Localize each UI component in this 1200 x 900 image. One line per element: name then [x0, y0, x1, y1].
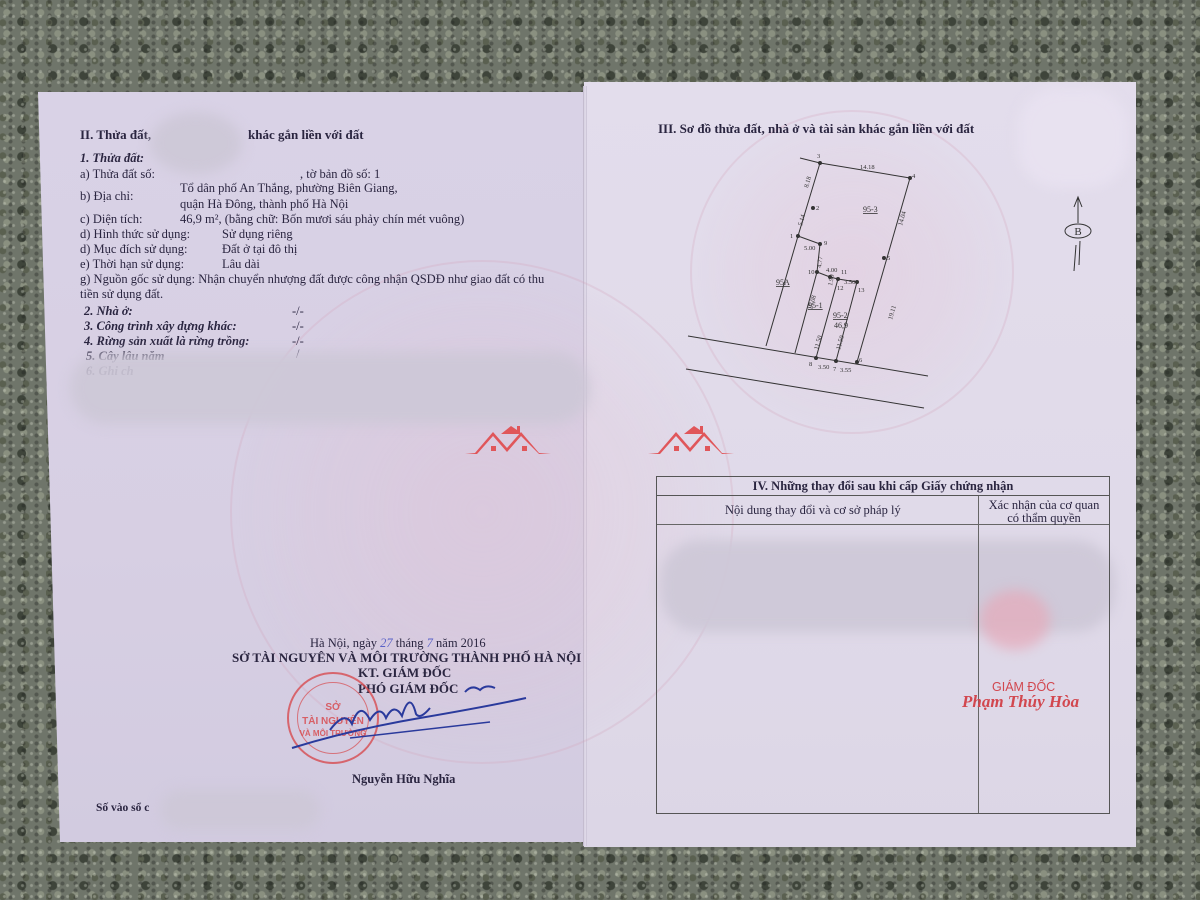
field-label-use-purpose: d) Mục đích sử dụng: — [80, 243, 187, 256]
svg-text:9: 9 — [824, 240, 827, 247]
svg-text:95-3: 95-3 — [863, 205, 878, 214]
svg-text:14.18: 14.18 — [860, 164, 875, 171]
field-value-area: 46,9 m², (bằng chữ: Bốn mươi sáu phảy ch… — [180, 213, 464, 226]
section-title-ii: II. Thửa đất, — [80, 128, 151, 141]
svg-text:95A: 95A — [776, 278, 790, 287]
svg-text:4.00: 4.00 — [826, 267, 837, 274]
svg-text:3.50: 3.50 — [818, 364, 829, 371]
date-month-label: tháng — [396, 636, 424, 650]
item-forest-label: 4. Rừng sản xuất là rừng trồng: — [84, 335, 249, 348]
field-value-use-purpose: Đất ở tại đô thị — [222, 243, 297, 256]
svg-text:1: 1 — [790, 233, 793, 240]
house-roof-logo-icon — [465, 424, 551, 456]
item-house-value: -/- — [292, 305, 304, 318]
svg-text:14.04: 14.04 — [897, 210, 908, 227]
table-header-change-content: Nội dung thay đổi và cơ sở pháp lý — [725, 504, 901, 517]
date-month: 7 — [427, 636, 433, 650]
stamp-signature-name: Phạm Thúy Hòa — [962, 692, 1079, 712]
svg-text:3.50: 3.50 — [844, 279, 855, 286]
svg-text:8: 8 — [809, 361, 812, 368]
svg-text:95-1: 95-1 — [808, 301, 823, 310]
origin-line-1: g) Nguồn gốc sử dụng: Nhận chuyển nhượng… — [80, 273, 544, 286]
house-roof-logo-icon — [648, 424, 734, 456]
item-other-construction-value: -/- — [292, 320, 304, 333]
field-value-map-sheet: , tờ bản đồ số: 1 — [300, 168, 380, 181]
svg-text:11: 11 — [841, 269, 847, 276]
field-label-address: b) Địa chỉ: — [80, 190, 133, 203]
field-value-address-1: Tổ dân phố An Thắng, phường Biên Giang, — [180, 182, 398, 195]
redaction-blur — [70, 352, 590, 424]
svg-text:7: 7 — [833, 366, 837, 373]
sign-title-kt: KT. GIÁM ĐỐC — [358, 666, 451, 679]
item-other-construction-label: 3. Công trình xây dựng khác: — [84, 320, 237, 333]
north-arrow-icon: B — [1064, 195, 1092, 275]
field-label-use-term: e) Thời hạn sử dụng: — [80, 258, 184, 271]
field-label-use-form: d) Hình thức sử dụng: — [80, 228, 190, 241]
svg-text:10: 10 — [808, 269, 815, 276]
svg-text:11.50: 11.50 — [813, 335, 824, 351]
svg-text:95-2: 95-2 — [833, 311, 848, 320]
redaction-blur — [150, 112, 242, 174]
svg-text:1.90: 1.90 — [827, 274, 836, 286]
svg-text:4: 4 — [912, 173, 916, 180]
subsection-land-plot: 1. Thửa đất: — [80, 152, 144, 165]
redaction-blur — [1018, 88, 1128, 188]
redaction-blur — [160, 790, 320, 830]
register-number-label: Số vào sổ c — [96, 803, 149, 815]
svg-text:6: 6 — [859, 357, 863, 364]
date-year: năm 2016 — [436, 636, 486, 650]
svg-text:46,9: 46,9 — [834, 321, 848, 330]
svg-text:8.18: 8.18 — [803, 176, 813, 189]
table-header-confirmation-1: Xác nhận của cơ quan — [979, 499, 1109, 512]
field-label-plot-number: a) Thửa đất số: — [80, 168, 155, 181]
svg-text:B: B — [1074, 226, 1081, 238]
svg-text:5: 5 — [887, 255, 890, 262]
date-prefix: Hà Nội, ngày — [310, 636, 377, 650]
table-header-confirmation-2: có thẩm quyền — [979, 512, 1109, 525]
svg-text:19.11: 19.11 — [887, 305, 898, 321]
field-label-area: c) Diện tích: — [80, 213, 142, 226]
date-day: 27 — [380, 636, 393, 650]
date-line: Hà Nội, ngày 27 tháng 7 năm 2016 — [310, 637, 486, 650]
svg-text:3.55: 3.55 — [840, 367, 851, 374]
svg-text:5.00: 5.00 — [804, 245, 815, 252]
svg-text:12: 12 — [837, 285, 844, 292]
item-house-label: 2. Nhà ở: — [84, 305, 133, 318]
field-value-use-term: Lâu dài — [222, 258, 260, 271]
origin-line-2: tiền sử dụng đất. — [80, 288, 163, 301]
diagram-section-title: III. Sơ đồ thửa đất, nhà ở và tài sản kh… — [658, 122, 974, 135]
svg-text:4.77: 4.77 — [816, 255, 825, 268]
svg-text:13: 13 — [858, 287, 865, 294]
svg-text:11.50: 11.50 — [835, 335, 846, 351]
svg-text:2: 2 — [816, 205, 819, 212]
field-value-address-2: quận Hà Đông, thành phố Hà Nội — [180, 198, 348, 211]
section-title-ii-suffix: khác gắn liền với đất — [248, 128, 364, 141]
svg-text:5.14: 5.14 — [797, 213, 807, 227]
changes-table: IV. Những thay đổi sau khi cấp Giấy chứn… — [656, 476, 1110, 814]
table-column-divider — [978, 496, 979, 813]
signer-name: Nguyễn Hữu Nghĩa — [352, 773, 455, 786]
land-plot-diagram: 3 4 2 1 9 5 10 11 12 13 8 7 6 14.18 8.18… — [680, 150, 940, 415]
field-value-use-form: Sử dụng riêng — [222, 228, 293, 241]
handwritten-signature-icon — [290, 680, 530, 750]
issuing-authority: SỞ TÀI NGUYÊN VÀ MÔI TRƯỜNG THÀNH PHỐ HÀ… — [232, 651, 581, 664]
changes-table-title: IV. Những thay đổi sau khi cấp Giấy chứn… — [657, 477, 1109, 496]
svg-text:3: 3 — [817, 153, 820, 160]
item-forest-value: -/- — [292, 335, 304, 348]
